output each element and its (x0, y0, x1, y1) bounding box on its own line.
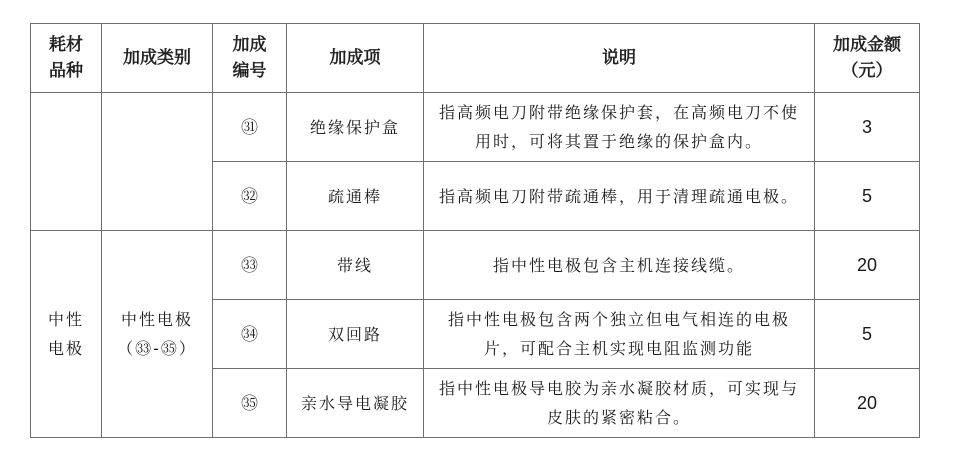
cell-material: 中性电极 (31, 231, 102, 438)
cell-category: 中性电极（㉝-㉟） (102, 231, 213, 438)
header-number: 加成编号 (213, 24, 287, 93)
table-header-row: 耗材品种 加成类别 加成编号 加成项 说明 加成金额（元） (31, 24, 920, 93)
cell-desc: 指中性电极导电胶为亲水凝胶材质，可实现与皮肤的紧密粘合。 (424, 369, 815, 438)
cell-amount: 20 (815, 369, 920, 438)
bonus-table: 耗材品种 加成类别 加成编号 加成项 说明 加成金额（元） ㉛ 绝缘保护盒 指高… (30, 23, 920, 438)
cell-number: ㉟ (213, 369, 287, 438)
header-amount: 加成金额（元） (815, 24, 920, 93)
cell-item: 带线 (287, 231, 424, 300)
cell-number: ㉛ (213, 93, 287, 162)
header-item: 加成项 (287, 24, 424, 93)
cell-number: ㉝ (213, 231, 287, 300)
cell-amount: 5 (815, 162, 920, 231)
cell-amount: 20 (815, 231, 920, 300)
header-desc: 说明 (424, 24, 815, 93)
cell-desc: 指中性电极包含主机连接线缆。 (424, 231, 815, 300)
cell-number: ㉞ (213, 300, 287, 369)
header-material: 耗材品种 (31, 24, 102, 93)
cell-desc: 指高频电刀附带绝缘保护套，在高频电刀不使用时，可将其置于绝缘的保护盒内。 (424, 93, 815, 162)
cell-item: 双回路 (287, 300, 424, 369)
cell-item: 亲水导电凝胶 (287, 369, 424, 438)
table-row: 中性电极 中性电极（㉝-㉟） ㉝ 带线 指中性电极包含主机连接线缆。 20 (31, 231, 920, 300)
cell-desc: 指中性电极包含两个独立但电气相连的电极片，可配合主机实现电阻监测功能 (424, 300, 815, 369)
cell-amount: 5 (815, 300, 920, 369)
cell-item: 疏通棒 (287, 162, 424, 231)
cell-number: ㉜ (213, 162, 287, 231)
header-category: 加成类别 (102, 24, 213, 93)
cell-item: 绝缘保护盒 (287, 93, 424, 162)
cell-category (102, 93, 213, 231)
cell-material (31, 93, 102, 231)
cell-amount: 3 (815, 93, 920, 162)
cell-desc: 指高频电刀附带疏通棒，用于清理疏通电极。 (424, 162, 815, 231)
table-row: ㉛ 绝缘保护盒 指高频电刀附带绝缘保护套，在高频电刀不使用时，可将其置于绝缘的保… (31, 93, 920, 162)
